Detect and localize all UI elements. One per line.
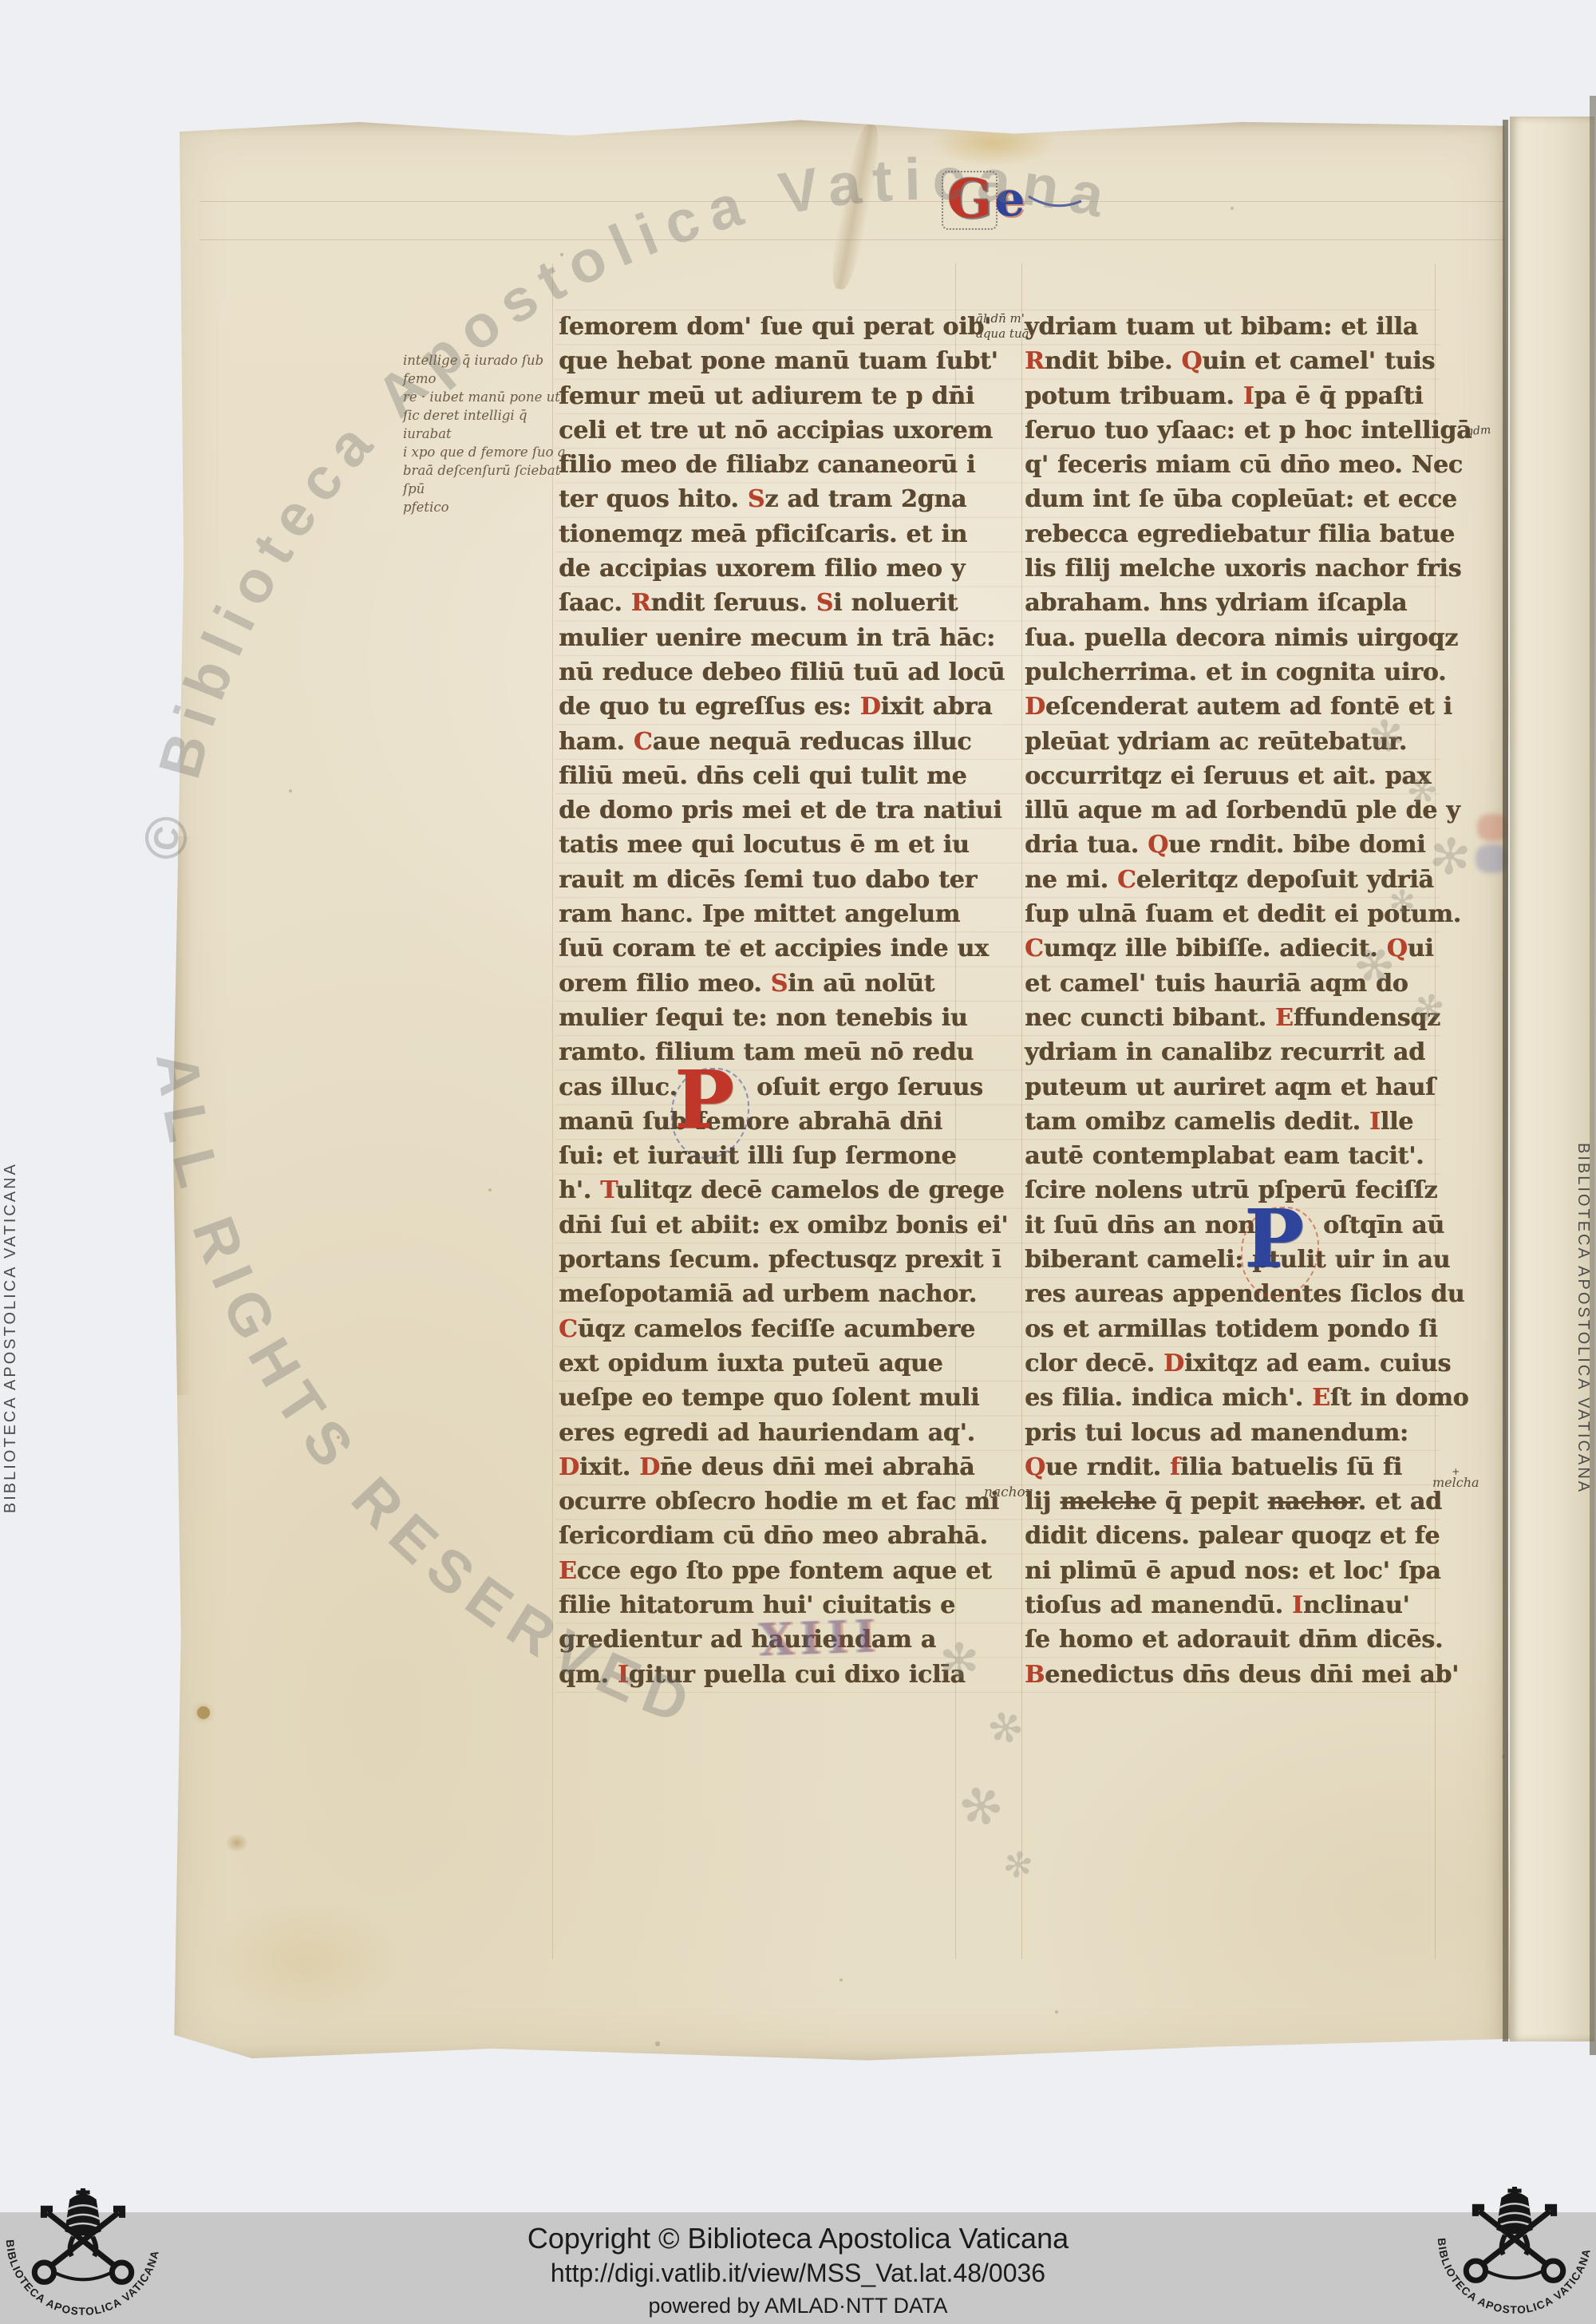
manuscript-line: ydriam in canalibz recurrit ad — [1025, 1035, 1435, 1069]
ruling-line — [199, 201, 1508, 202]
manuscript-line: biberant cameli: ptulit uir in au — [1025, 1243, 1435, 1277]
footer-bar: Copyright © Biblioteca Apostolica Vatica… — [0, 2212, 1596, 2324]
manuscript-line: tam omibz camelis dedit. Ille — [1025, 1105, 1435, 1139]
manuscript-line: rauit m dicēs ſemi tuo dabo ter — [559, 863, 958, 897]
manuscript-line: ſcire nolens utrū pſperū feciſſz — [1025, 1173, 1435, 1207]
manuscript-line: clor decē. Dixitqz ad eam. cuius — [1025, 1346, 1435, 1381]
manuscript-line: et camel' tuis hauriā aqm do — [1025, 966, 1435, 1001]
vatican-library-logo-left: BIBLIOTECA APOSTOLICA VATICANA — [0, 2188, 211, 2324]
manuscript-line: meſopotamiā ad urbem nachor. — [559, 1277, 958, 1311]
text-column-2: ydriam tuam ut bibam: et illaRndit bibe.… — [1025, 310, 1435, 1692]
manuscript-line: res aureas appendentes ſiclos du — [1025, 1277, 1435, 1311]
stain — [172, 836, 192, 1395]
manuscript-line: os et armillas totidem pondo ſi — [1025, 1312, 1435, 1346]
note-line: braā deſcenſurū ſciebat ſpū — [403, 461, 575, 498]
manuscript-line: femur meū ut adiurem te p dn̄i — [559, 379, 958, 413]
ruling-line — [552, 263, 553, 1959]
powered-by-text: powered by AMLAD·NTT DATA — [0, 2294, 1596, 2318]
manuscript-line: Deſcenderat autem ad fontē et i — [1025, 690, 1435, 724]
manuscript-line: ueſpe eo tempe quo ſolent muli — [559, 1381, 958, 1415]
manuscript-line: dria tua. Que rndit. bibe domi — [1025, 828, 1435, 862]
manuscript-line: h'. Tulitqz decē camelos de grege — [559, 1173, 958, 1207]
manuscript-line: pulcherrima. et in cognita uiro. — [1025, 655, 1435, 690]
manuscript-line: ſemorem dom' ſue qui perat oib' — [559, 310, 958, 344]
insertion-mark: + — [1432, 1468, 1479, 1475]
ruling-line — [199, 239, 1508, 240]
manuscript-line: que hebat pone manū tuam ſubt' — [559, 344, 958, 378]
manuscript-line: mulier uenire mecum in trā hāc: — [559, 621, 958, 655]
manuscript-line: eres egredi ad hauriendam aq'. — [559, 1416, 958, 1450]
running-title-letter-e: e — [994, 176, 1025, 223]
manuscript-line: nec cuncti bibant. Effundensqz — [1025, 1001, 1435, 1035]
bleedthrough-numeral: XIII — [757, 1610, 882, 1666]
note-line: ſic deret intelligi q̄ iurabat — [403, 406, 575, 443]
manuscript-page: G e intellige q̄ iurado ſub femore · iub… — [172, 118, 1510, 2062]
margin-gloss: intellige q̄ iurado ſub femore · iubet m… — [403, 351, 575, 516]
ruling-line — [1435, 263, 1436, 1959]
stain — [826, 122, 884, 292]
manuscript-line: ſui: et iurauit illi ſup ſermone — [559, 1139, 958, 1173]
leaf-smudge-icon: ✻ — [1000, 1846, 1035, 1886]
manuscript-line: de accipias uxorem filio meo y — [559, 551, 958, 586]
manuscript-line: portans ſecum. pfectusqz prexit ī — [559, 1243, 958, 1277]
manuscript-line: Que rndit. filia batuelis ſū fi — [1025, 1450, 1435, 1484]
manuscript-line: ocurre obſecro hodie m et fac mi — [559, 1484, 958, 1519]
running-title-letter-g: G — [942, 171, 997, 230]
stain — [910, 112, 1077, 174]
manuscript-line: tionemqz meā pficiſcaris. et in — [559, 517, 958, 551]
manuscript-line: ram hanc. Ipe mittet angelum — [559, 897, 958, 931]
manuscript-line: de quo tu egreſſus es: Dixit abra — [559, 690, 958, 724]
manuscript-line: ne mi. Celeritqz depoſuit ydriā — [1025, 863, 1435, 897]
manuscript-line: dn̄i ſui et abiit: ex omibz bonis ei' — [559, 1208, 958, 1243]
margin-note-nachor: nachor — [984, 1484, 1032, 1500]
manuscript-line: ni plimū ē apud nos: et loc' ſpa — [1025, 1554, 1435, 1588]
manuscript-line: pris tui locus ad manendum: — [1025, 1416, 1435, 1450]
manuscript-line: nū reduce debeo filiū tuū ad locū — [559, 655, 958, 690]
manuscript-line: Cūqz camelos feciſſe acumbere — [559, 1312, 958, 1346]
book-fore-edge — [1590, 96, 1596, 2055]
manuscript-line: manū ſub femore abrahā dn̄i — [559, 1105, 958, 1139]
source-url: http://digi.vatlib.it/view/MSS_Vat.lat.4… — [0, 2259, 1596, 2288]
running-title: G e — [942, 171, 1083, 230]
note-line: pfetico — [403, 498, 575, 516]
manuscript-line: Rndit bibe. Quin et camel' tuis — [1025, 344, 1435, 378]
leaf-smudge-icon: ✻ — [978, 1701, 1031, 1756]
stain — [197, 1706, 210, 1719]
leaf-smudge-icon: ✻ — [953, 1776, 1010, 1838]
manuscript-line: ſup ulnā ſuam et dedit ei potum. — [1025, 897, 1435, 931]
manuscript-line: puteum ut auriret aqm et hauſ — [1025, 1070, 1435, 1105]
vatican-emblem — [34, 2188, 131, 2282]
margin-note-correction: gdm — [1465, 424, 1491, 438]
copyright-text: Copyright © Biblioteca Apostolica Vatica… — [0, 2222, 1596, 2255]
manuscript-line: ſericordiam cū dn̄o meo abrahā. — [559, 1519, 958, 1553]
manuscript-line: ſeruo tuo yſaac: et p hoc intelligā — [1025, 413, 1435, 448]
manuscript-line: rebecca egrediebatur filia batue — [1025, 517, 1435, 551]
manuscript-line: it ſuū dn̄s an non oſtqīn aū — [1025, 1208, 1435, 1243]
manuscript-line: ham. Caue nequā reducas illuc — [559, 725, 958, 759]
specks — [172, 118, 173, 120]
manuscript-line: q' feceris miam cū dn̄o meo. Nec — [1025, 448, 1435, 482]
manuscript-line: tatis mee qui locutus ē m et iu — [559, 828, 958, 862]
note-line: re · iubet manū pone ut — [403, 388, 575, 406]
manuscript-line: es filia. indica mich'. Eſt in domo — [1025, 1381, 1435, 1415]
manuscript-line: Ecce ego ſto ppe fontem aque et — [559, 1554, 958, 1588]
manuscript-line: celi et tre ut nō accipias uxorem — [559, 413, 958, 448]
manuscript-line: pleūat ydriam ac reūtebatur. — [1025, 725, 1435, 759]
next-page-edge — [1510, 117, 1594, 2041]
stain — [223, 1831, 251, 1855]
manuscript-line: ſaac. Rndit ſeruus. Si noluerit — [559, 586, 958, 620]
manuscript-line: didit dicens. palear quoqz et fe — [1025, 1519, 1435, 1553]
side-text-left: BIBLIOTECA APOSTOLICA VATICANA — [2, 1162, 20, 1513]
manuscript-line: ext opidum iuxta puteū aque — [559, 1346, 958, 1381]
ruling-line — [1021, 263, 1022, 1959]
note-line: intellige q̄ iurado ſub femo — [403, 351, 575, 388]
manuscript-line: qm. Igitur puella cui dixo iclīa — [559, 1658, 958, 1692]
text-column-1: ſemorem dom' ſue qui perat oib'que hebat… — [559, 310, 958, 1692]
manuscript-line: ſuū coram te et accipies inde ux — [559, 931, 958, 966]
note-line: i xpo que d femore ſuo a — [403, 443, 575, 461]
stain — [176, 1882, 432, 2041]
manuscript-line: lis filij melche uxoris nachor fris — [1025, 551, 1435, 586]
manuscript-line: de domo pris mei et de tra natiui — [559, 793, 958, 828]
manuscript-line: Cumqz ille bibiſſe. adiecit. Qui — [1025, 931, 1435, 966]
manuscript-line: ſe homo et adorauit dn̄m dicēs. — [1025, 1622, 1435, 1657]
manuscript-line: ſua. puella decora nimis uirgoqz — [1025, 621, 1435, 655]
manuscript-line: lij melche q̄ pepit nachor. et ad — [1025, 1484, 1435, 1519]
manuscript-line: tioſus ad manendū. Inclinau' — [1025, 1588, 1435, 1622]
manuscript-line: dum int ſe ūba copleūat: et ecce — [1025, 482, 1435, 516]
manuscript-line: orem filio meo. Sin aū nolūt — [559, 966, 958, 1001]
manuscript-line: filiū meū. dn̄s celi qui tulit me — [559, 759, 958, 793]
manuscript-line: ter quos hito. Sz ad tram 2gna — [559, 482, 958, 516]
manuscript-line: Dixit. Dn̄e deus dn̄i mei abrahā — [559, 1450, 958, 1484]
manuscript-line: ydriam tuam ut bibam: et illa — [1025, 310, 1435, 344]
scan-canvas: G e intellige q̄ iurado ſub femore · iub… — [0, 0, 1596, 2324]
vatican-library-logo-right: BIBLIOTECA APOSTOLICA VATICANA — [1387, 2187, 1596, 2324]
penwork-flourish-icon — [1027, 192, 1083, 215]
manuscript-line: filio meo de filiabz cananeorū i — [559, 448, 958, 482]
page-gap-shadow — [1503, 120, 1508, 2041]
manuscript-line: abraham. hns ydriam iſcapla — [1025, 586, 1435, 620]
margin-note-melcha: + melcha — [1432, 1468, 1479, 1490]
manuscript-line: autē contemplabat eam tacit'. — [1025, 1139, 1435, 1173]
manuscript-line: cas illuc. oſuit ergo ſeruus — [559, 1070, 958, 1105]
side-text-right: BIBLIOTECA APOSTOLICA VATICANA — [1574, 1143, 1592, 1494]
manuscript-line: mulier ſequi te: non tenebis iu — [559, 1001, 958, 1035]
manuscript-line: Benedictus dn̄s deus dn̄i mei ab' — [1025, 1658, 1435, 1692]
manuscript-line: illū aque m ad ſorbendū ple de y — [1025, 793, 1435, 828]
vatican-emblem — [1466, 2187, 1562, 2280]
manuscript-line: potum tribuam. Ipa ē q̄ ppaſti — [1025, 379, 1435, 413]
manuscript-line: ramto. filium tam meū nō redu — [559, 1035, 958, 1069]
manuscript-line: occurritqz ei ſeruus et ait. pax — [1025, 759, 1435, 793]
